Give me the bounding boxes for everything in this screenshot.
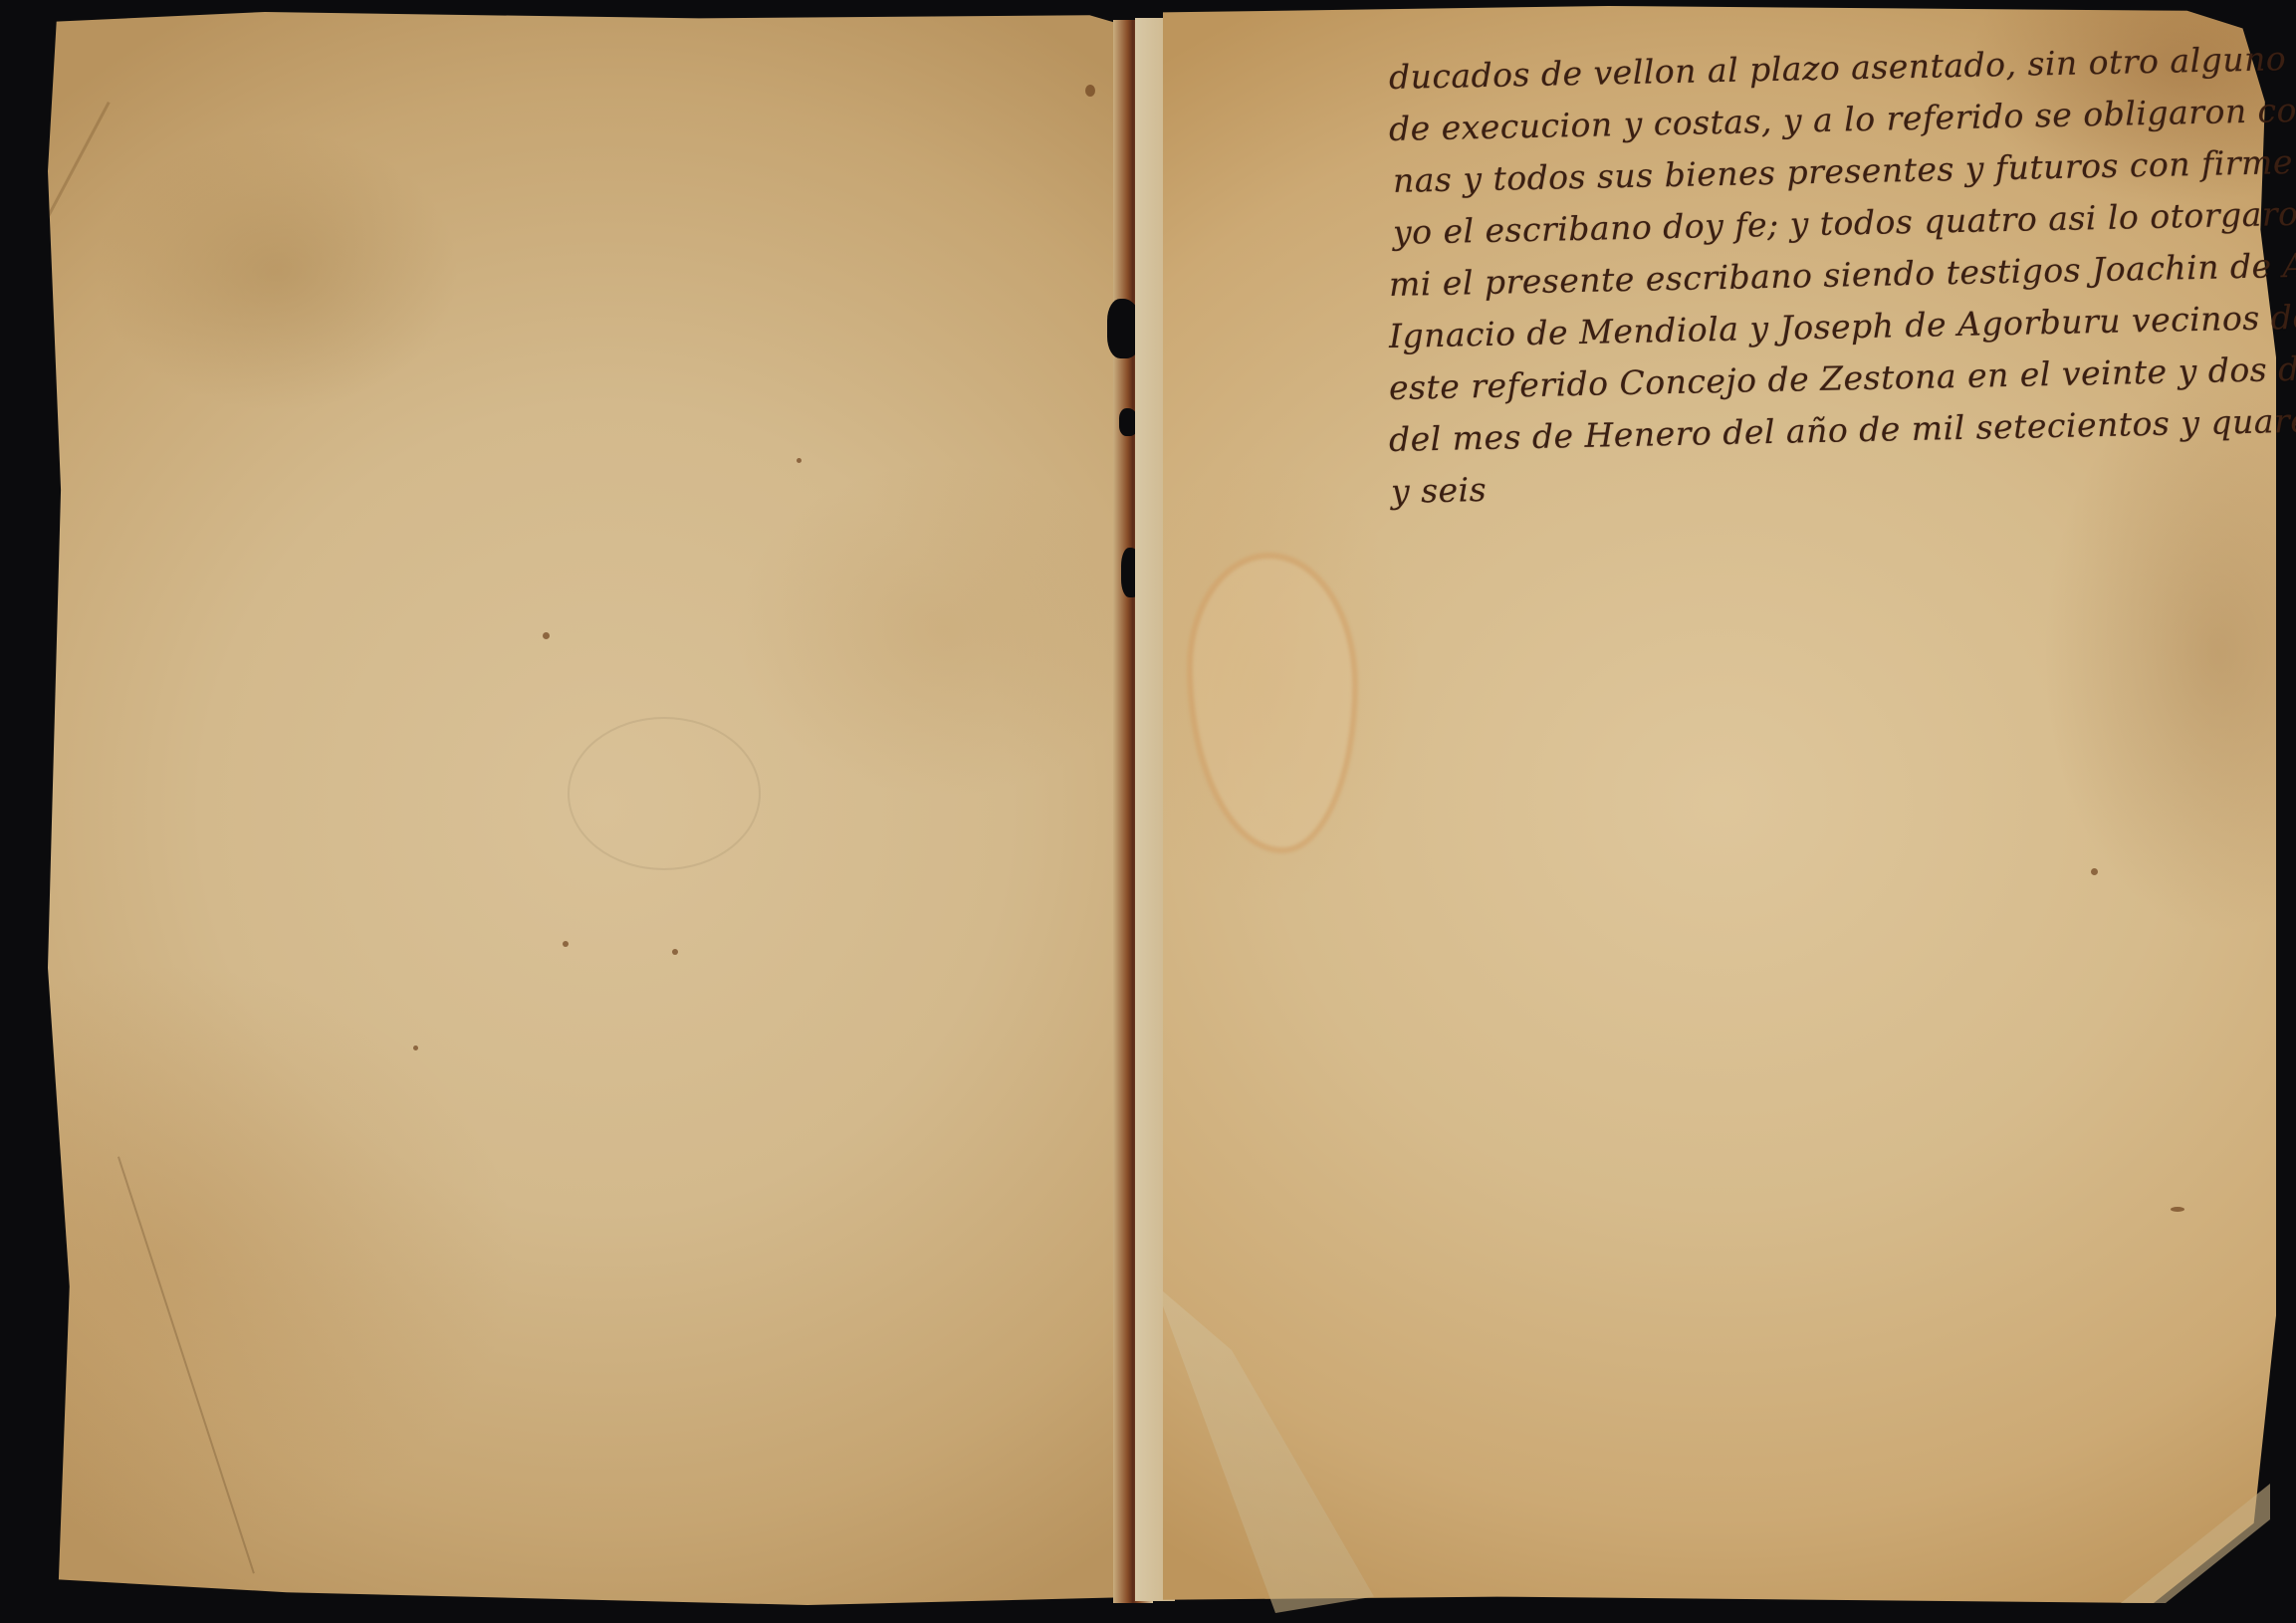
- ink-spot: [2091, 868, 2098, 875]
- ink-spot: [1085, 85, 1095, 97]
- ink-spot: [543, 632, 550, 639]
- ink-spot: [672, 949, 678, 955]
- ink-spot: [563, 941, 569, 947]
- ink-spot: [797, 458, 802, 463]
- ink-spot: [2171, 1207, 2184, 1212]
- ink-spot: [413, 1045, 418, 1050]
- manuscript-scan: ducados de vellon al plazo asentado, sin…: [0, 0, 2296, 1623]
- faint-seal-impression: [568, 717, 761, 870]
- handwritten-text: ducados de vellon al plazo asentado, sin…: [1389, 52, 2245, 518]
